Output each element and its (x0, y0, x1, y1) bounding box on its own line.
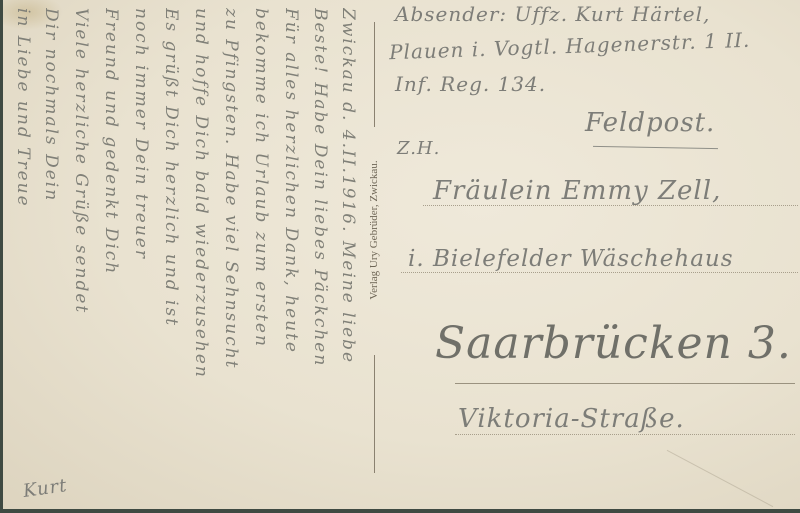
message-line: bekomme ich Urlaub zum ersten (251, 8, 271, 508)
feldpost-note: Feldpost. (585, 108, 715, 138)
message-line: Beste! Habe Dein liebes Päckchen (310, 8, 330, 508)
message-line: Für alles herzlichen Dank, heute (281, 8, 301, 508)
recipient-line-2: i. Bielefelder Wäschehaus (408, 246, 734, 272)
paper-crease (667, 450, 773, 507)
sender-line-2: Plauen i. Vogtl. Hagenerstr. 1 II. (389, 28, 751, 65)
divider-bottom (374, 355, 375, 473)
divider-top (374, 22, 375, 127)
recipient-name: Fräulein Emmy Zell, (433, 176, 721, 206)
publisher-imprint: Verlag Ury Gebrüder, Zwickau. (368, 130, 380, 330)
address-line-2 (401, 272, 798, 273)
sender-line-3: Inf. Reg. 134. (395, 72, 546, 96)
message-line: Viele herzliche Grüße sendet (71, 8, 91, 508)
message-line: in Liebe und Treue (13, 8, 33, 508)
city-underline (455, 383, 795, 384)
sender-line-1: Absender: Uffz. Kurt Härtel, (395, 2, 710, 26)
message-line: zu Pfingsten. Habe viel Sehnsucht (221, 8, 241, 508)
recipient-city: Saarbrücken 3. (435, 318, 792, 369)
message-line: noch immer Dein treuer (131, 8, 151, 508)
address-line-4 (455, 434, 795, 435)
message-line: und hoffe Dich bald wiederzusehen (191, 8, 211, 508)
initials: Z.H. (397, 138, 440, 159)
message-line: Zwickau d. 4.II.1916. Meine liebe (338, 8, 358, 508)
postcard-reverse: Zwickau d. 4.II.1916. Meine liebe Beste!… (3, 0, 800, 509)
message-line: Freund und gedenkt Dich (101, 8, 121, 508)
feldpost-underline (593, 146, 718, 149)
message-line: Es grüßt Dich herzlich und ist (161, 8, 181, 508)
message-panel: Zwickau d. 4.II.1916. Meine liebe Beste!… (3, 0, 371, 509)
message-line: Dir nochmals Dein (41, 8, 61, 508)
recipient-street: Viktoria-Straße. (458, 404, 685, 434)
